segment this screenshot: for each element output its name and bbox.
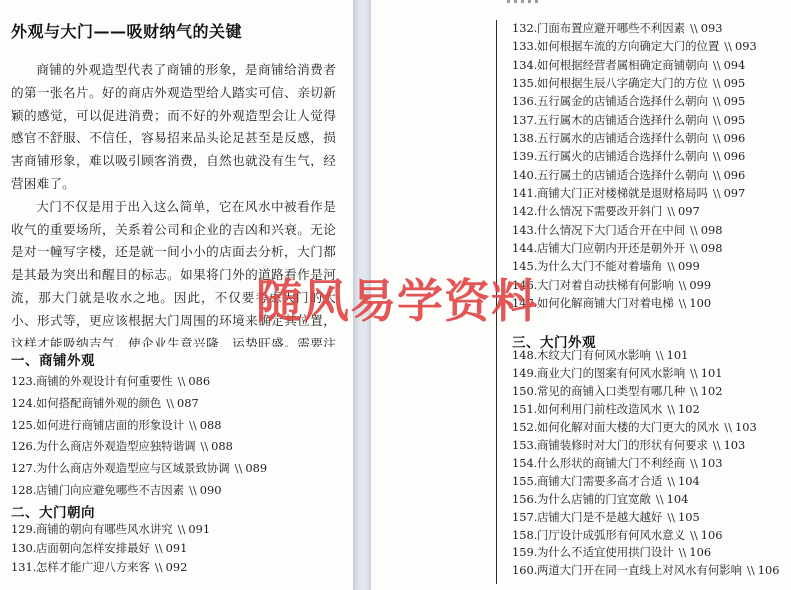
entry-title: 为什么不适宜使用拱门设计 <box>537 545 674 559</box>
entry-title: 如何进行商铺店面的形象设计 <box>36 418 184 432</box>
entry-separator: \\ <box>690 21 698 35</box>
entry-title: 商铺大门需要多高才合适 <box>537 474 662 488</box>
entry-page-number: 099 <box>689 278 711 292</box>
entry-title: 为什么商店外观造型应独特谐调 <box>36 439 195 453</box>
entry-page-number: 097 <box>724 186 746 200</box>
entry-separator: \\ <box>189 418 197 432</box>
entry-number: 128. <box>11 480 36 502</box>
entry-number: 140. <box>512 166 537 184</box>
entry-number: 160. <box>512 562 537 580</box>
toc-entry: 142.什么情况下需要改开斜门\\097 <box>512 202 757 220</box>
toc-entry: 156.为什么店铺的门宜宽敞\\104 <box>512 491 779 509</box>
entry-number: 149. <box>512 365 537 383</box>
entry-number: 148. <box>512 347 537 365</box>
toc-entry: 134.如何根据经营者属相确定商铺朝向\\094 <box>512 56 757 74</box>
entry-number: 123. <box>11 371 36 393</box>
entry-title: 两道大门开在同一直线上对风水有何影响 <box>537 563 742 577</box>
entry-page-number: 090 <box>200 483 222 497</box>
toc-entry: 135.如何根据生辰八字确定大门的方位\\095 <box>512 74 757 92</box>
entry-separator: \\ <box>713 168 721 182</box>
entry-separator: \\ <box>667 402 675 416</box>
entry-page-number: 106 <box>758 563 780 577</box>
entry-title: 如何根据经营者属相确定商铺朝向 <box>537 58 708 72</box>
entry-title: 店面朝向怎样安排最好 <box>36 541 150 555</box>
entry-separator: \\ <box>690 366 698 380</box>
entry-separator: \\ <box>713 58 721 72</box>
entry-page-number: 097 <box>678 204 700 218</box>
entry-separator: \\ <box>679 545 687 559</box>
toc-entry: 137.五行属木的店铺适合选择什么朝向\\095 <box>512 111 757 129</box>
entry-separator: \\ <box>690 456 698 470</box>
toc-entry: 128.店铺门向应避免哪些不吉因素\\090 <box>11 480 267 502</box>
entry-title: 五行属水的店铺适合选择什么朝向 <box>537 131 708 145</box>
toc-entry: 127.为什么商店外观造型应与区域景致协调\\089 <box>11 458 267 480</box>
entry-number: 150. <box>512 383 537 401</box>
entry-separator: \\ <box>667 204 675 218</box>
entry-separator: \\ <box>690 223 698 237</box>
entry-number: 158. <box>512 527 537 545</box>
toc-entry: 152.如何化解对面大楼的大门更大的风水\\103 <box>512 419 779 437</box>
entry-title: 大门对着自动扶梯有何影响 <box>537 278 674 292</box>
entry-number: 131. <box>11 558 36 577</box>
entry-number: 151. <box>512 401 537 419</box>
entry-page-number: 098 <box>701 223 723 237</box>
entry-title: 如何根据生辰八字确定大门的方位 <box>537 76 708 90</box>
entry-separator: \\ <box>667 510 675 524</box>
entry-number: 141. <box>512 184 537 202</box>
entry-title: 店铺门向应避免哪些不吉因素 <box>36 483 184 497</box>
entry-page-number: 096 <box>724 149 746 163</box>
entry-separator: \\ <box>690 528 698 542</box>
entry-separator: \\ <box>713 149 721 163</box>
entry-separator: \\ <box>235 461 243 475</box>
toc-entry: 146.大门对着自动扶梯有何影响\\099 <box>512 276 757 294</box>
entry-number: 126. <box>11 436 36 458</box>
entry-separator: \\ <box>155 541 163 555</box>
entry-title: 为什么商店外观造型应与区域景致协调 <box>36 461 230 475</box>
toc-entry: 132.门面布置应避开哪些不利因素\\093 <box>512 19 757 37</box>
section-heading-shop-appearance: 一、商铺外观 <box>11 349 95 369</box>
entry-number: 134. <box>512 56 537 74</box>
entry-page-number: 101 <box>701 366 723 380</box>
entry-number: 138. <box>512 129 537 147</box>
entry-number: 125. <box>11 415 36 437</box>
entry-number: 135. <box>512 74 537 92</box>
entry-number: 143. <box>512 221 537 239</box>
entry-page-number: 091 <box>188 522 210 536</box>
toc-entry: 147.如何化解商铺大门对着电梯\\100 <box>512 294 757 312</box>
entry-page-number: 089 <box>245 461 267 475</box>
toc-entry: 160.两道大门开在同一直线上对风水有何影响\\106 <box>512 562 779 580</box>
toc-entry: 138.五行属水的店铺适合选择什么朝向\\096 <box>512 129 757 147</box>
clipped-header-fragment <box>507 0 539 3</box>
entry-separator: \\ <box>679 278 687 292</box>
intro-paragraph-1: 商铺的外观造型代表了商铺的形象，是商铺给消费者的第一张名片。好的商店外观造型给人… <box>11 59 336 196</box>
entry-number: 159. <box>512 544 537 562</box>
entry-page-number: 095 <box>724 94 746 108</box>
entry-title: 如何化解商铺大门对着电梯 <box>537 296 674 310</box>
entry-number: 136. <box>512 92 537 110</box>
entry-title: 为什么店铺的门宜宽敞 <box>537 492 651 506</box>
entry-title: 如何根据车流的方向确定大门的位置 <box>537 39 719 53</box>
entry-title: 商铺的外观设计有何重要性 <box>36 374 173 388</box>
entry-title: 如何搭配商铺外观的颜色 <box>36 396 161 410</box>
entry-number: 137. <box>512 111 537 129</box>
toc-list-door-exterior: 148.木纹大门有何风水影响\\101 149.商业大门的图案有何风水影响\\1… <box>512 347 779 580</box>
toc-entry: 148.木纹大门有何风水影响\\101 <box>512 347 779 365</box>
entry-number: 142. <box>512 202 537 220</box>
entry-page-number: 094 <box>724 58 746 72</box>
entry-page-number: 103 <box>735 420 757 434</box>
entry-page-number: 086 <box>188 374 210 388</box>
entry-page-number: 100 <box>689 296 711 310</box>
entry-page-number: 093 <box>735 39 757 53</box>
entry-number: 154. <box>512 455 537 473</box>
entry-separator: \\ <box>178 522 186 536</box>
toc-list-door-orientation-continued: 132.门面布置应避开哪些不利因素\\093 133.如何根据车流的方向确定大门… <box>512 19 757 312</box>
toc-list-door-orientation: 129.商铺的朝向有哪些风水讲究\\091 130.店面朝向怎样安排最好\\09… <box>11 520 210 578</box>
toc-entry: 124.如何搭配商铺外观的颜色\\087 <box>11 393 267 415</box>
toc-list-shop-appearance: 123.商铺的外观设计有何重要性\\086 124.如何搭配商铺外观的颜色\\0… <box>11 371 267 502</box>
entry-page-number: 092 <box>166 560 188 574</box>
entry-page-number: 104 <box>667 492 689 506</box>
entry-number: 152. <box>512 419 537 437</box>
entry-separator: \\ <box>679 296 687 310</box>
entry-page-number: 096 <box>724 131 746 145</box>
toc-entry: 141.商铺大门正对楼梯就是退财格局吗\\097 <box>512 184 757 202</box>
entry-title: 五行属火的店铺适合选择什么朝向 <box>537 149 708 163</box>
entry-title: 门厅设计成弧形有何风水意义 <box>537 528 685 542</box>
toc-entry: 140.五行属土的店铺适合选择什么朝向\\096 <box>512 166 757 184</box>
toc-entry: 145.为什么大门不能对着墙角\\099 <box>512 257 757 275</box>
entry-separator: \\ <box>166 396 174 410</box>
toc-entry: 155.商铺大门需要多高才合适\\104 <box>512 473 779 491</box>
entry-number: 156. <box>512 491 537 509</box>
entry-separator: \\ <box>713 438 721 452</box>
entry-page-number: 106 <box>701 528 723 542</box>
entry-page-number: 095 <box>724 113 746 127</box>
toc-entry: 123.商铺的外观设计有何重要性\\086 <box>11 371 267 393</box>
toc-entry: 154.什么形状的商铺大门不利经商\\103 <box>512 455 779 473</box>
entry-page-number: 103 <box>701 456 723 470</box>
watermark: 随风易学资料 <box>256 265 538 331</box>
entry-page-number: 102 <box>701 384 723 398</box>
toc-entry: 150.常见的商铺入口类型有哪几种\\102 <box>512 383 779 401</box>
toc-entry: 133.如何根据车流的方向确定大门的位置\\093 <box>512 37 757 55</box>
entry-number: 139. <box>512 147 537 165</box>
entry-number: 130. <box>11 539 36 558</box>
toc-entry: 126.为什么商店外观造型应独特谐调\\088 <box>11 436 267 458</box>
toc-entry: 125.如何进行商铺店面的形象设计\\088 <box>11 415 267 437</box>
entry-separator: \\ <box>178 374 186 388</box>
toc-entry: 159.为什么不适宜使用拱门设计\\106 <box>512 544 779 562</box>
entry-title: 店铺大门是不是越大越好 <box>537 510 662 524</box>
entry-separator: \\ <box>189 483 197 497</box>
entry-page-number: 091 <box>166 541 188 555</box>
toc-entry: 143.什么情况下大门适合开在中间\\098 <box>512 221 757 239</box>
entry-number: 144. <box>512 239 537 257</box>
toc-entry: 149.商业大门的图案有何风水影响\\101 <box>512 365 779 383</box>
entry-separator: \\ <box>713 131 721 145</box>
entry-separator: \\ <box>713 186 721 200</box>
entry-page-number: 104 <box>678 474 700 488</box>
entry-title: 商铺装修时对大门的形状有何要求 <box>537 438 708 452</box>
entry-title: 木纹大门有何风水影响 <box>537 348 651 362</box>
entry-separator: \\ <box>713 94 721 108</box>
toc-entry: 129.商铺的朝向有哪些风水讲究\\091 <box>11 520 210 539</box>
entry-title: 怎样才能广迎八方来客 <box>36 560 150 574</box>
toc-entry: 130.店面朝向怎样安排最好\\091 <box>11 539 210 558</box>
entry-title: 如何化解对面大楼的大门更大的风水 <box>537 420 719 434</box>
toc-entry: 144.店铺大门应朝内开还是朝外开\\098 <box>512 239 757 257</box>
entry-title: 商铺的朝向有哪些风水讲究 <box>36 522 173 536</box>
entry-page-number: 093 <box>701 21 723 35</box>
toc-entry: 157.店铺大门是不是越大越好\\105 <box>512 509 779 527</box>
entry-title: 五行属土的店铺适合选择什么朝向 <box>537 168 708 182</box>
entry-separator: \\ <box>713 113 721 127</box>
entry-separator: \\ <box>724 420 732 434</box>
entry-title: 店铺大门应朝内开还是朝外开 <box>537 241 685 255</box>
entry-page-number: 102 <box>678 402 700 416</box>
entry-page-number: 099 <box>678 259 700 273</box>
entry-title: 商业大门的图案有何风水影响 <box>537 366 685 380</box>
entry-separator: \\ <box>747 563 755 577</box>
toc-entry: 151.如何利用门前柱改造风水\\102 <box>512 401 779 419</box>
entry-title: 什么情况下大门适合开在中间 <box>537 223 685 237</box>
entry-number: 133. <box>512 37 537 55</box>
section-heading-door-orientation: 二、大门朝向 <box>11 501 95 521</box>
entry-number: 155. <box>512 473 537 491</box>
entry-number: 129. <box>11 520 36 539</box>
entry-page-number: 087 <box>177 396 199 410</box>
toc-entry: 153.商铺装修时对大门的形状有何要求\\103 <box>512 437 779 455</box>
entry-page-number: 105 <box>678 510 700 524</box>
entry-title: 什么形状的商铺大门不利经商 <box>537 456 685 470</box>
entry-separator: \\ <box>667 259 675 273</box>
entry-page-number: 096 <box>724 168 746 182</box>
entry-title: 什么情况下需要改开斜门 <box>537 204 662 218</box>
entry-separator: \\ <box>713 76 721 90</box>
entry-number: 157. <box>512 509 537 527</box>
entry-page-number: 106 <box>689 545 711 559</box>
entry-page-number: 095 <box>724 76 746 90</box>
entry-title: 门面布置应避开哪些不利因素 <box>537 21 685 35</box>
chapter-title: 外观与大门——吸财纳气的关键 <box>11 19 242 42</box>
entry-separator: \\ <box>656 348 664 362</box>
toc-entry: 139.五行属火的店铺适合选择什么朝向\\096 <box>512 147 757 165</box>
entry-separator: \\ <box>656 492 664 506</box>
entry-page-number: 088 <box>211 439 233 453</box>
entry-separator: \\ <box>690 241 698 255</box>
entry-title: 如何利用门前柱改造风水 <box>537 402 662 416</box>
toc-entry: 131.怎样才能广迎八方来客\\092 <box>11 558 210 577</box>
entry-page-number: 101 <box>667 348 689 362</box>
entry-page-number: 098 <box>701 241 723 255</box>
entry-title: 五行属木的店铺适合选择什么朝向 <box>537 113 708 127</box>
entry-separator: \\ <box>155 560 163 574</box>
entry-page-number: 103 <box>724 438 746 452</box>
entry-title: 商铺大门正对楼梯就是退财格局吗 <box>537 186 708 200</box>
entry-separator: \\ <box>200 439 208 453</box>
toc-entry: 136.五行属金的店铺适合选择什么朝向\\095 <box>512 92 757 110</box>
entry-title: 为什么大门不能对着墙角 <box>537 259 662 273</box>
entry-title: 常见的商铺入口类型有哪几种 <box>537 384 685 398</box>
entry-separator: \\ <box>724 39 732 53</box>
entry-page-number: 088 <box>200 418 222 432</box>
entry-number: 132. <box>512 19 537 37</box>
entry-separator: \\ <box>667 474 675 488</box>
entry-number: 124. <box>11 393 36 415</box>
entry-separator: \\ <box>690 384 698 398</box>
entry-number: 153. <box>512 437 537 455</box>
entry-number: 127. <box>11 458 36 480</box>
entry-title: 五行属金的店铺适合选择什么朝向 <box>537 94 708 108</box>
toc-entry: 158.门厅设计成弧形有何风水意义\\106 <box>512 527 779 545</box>
